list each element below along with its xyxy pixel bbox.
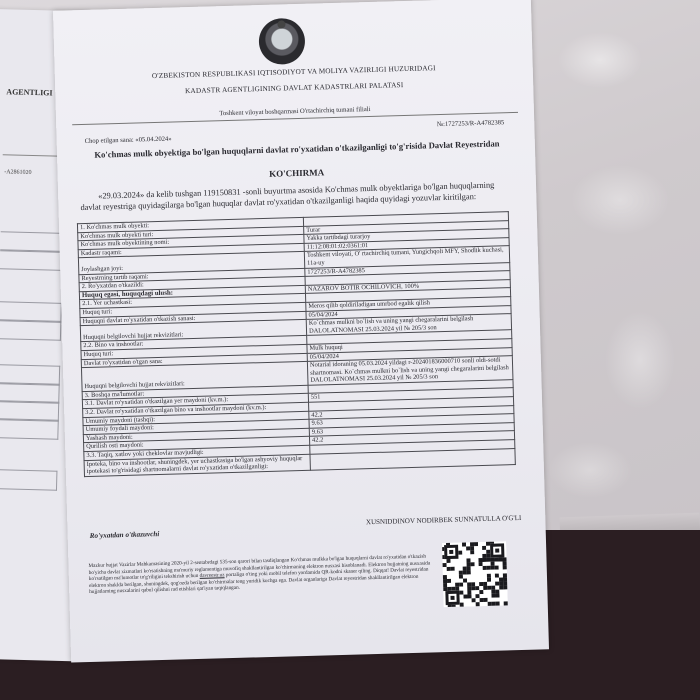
agency-fragment: AGENTLIGI [6,87,52,97]
qr-code-icon[interactable] [442,541,508,607]
registry-number: №:1727253/R-A4782385 [437,119,505,128]
registry-table: 1. Ko'chmas mulk obyekti:Ko'chmas mulk o… [77,211,516,477]
table-fragment [0,469,57,491]
state-emblem-icon [258,18,305,65]
legal-footer: Mazkur hujjat Vazirlar Mahkamasining 202… [88,553,437,596]
printed-date: Chop etilgan sana: «05.04.2024» [85,136,172,145]
number-fragment: -A2861020 [4,169,31,176]
registry-extract-document: O'ZBEKISTON RESPUBLIKASI IQTISODIYOT VA … [53,0,549,663]
registrar-name: XUSNIDDINOV NODIRBEK SUNNATULLA O'G'LI [366,514,522,526]
table-fragment [0,249,63,271]
header-rule [3,154,63,157]
intro-paragraph: «29.03.2024» da kelib tushgan 119150831 … [80,179,512,213]
registrar-label: Ro'yxatdan o'tkazuvchi [90,530,160,540]
table-fragment [0,418,59,440]
table-fragment [0,319,61,341]
